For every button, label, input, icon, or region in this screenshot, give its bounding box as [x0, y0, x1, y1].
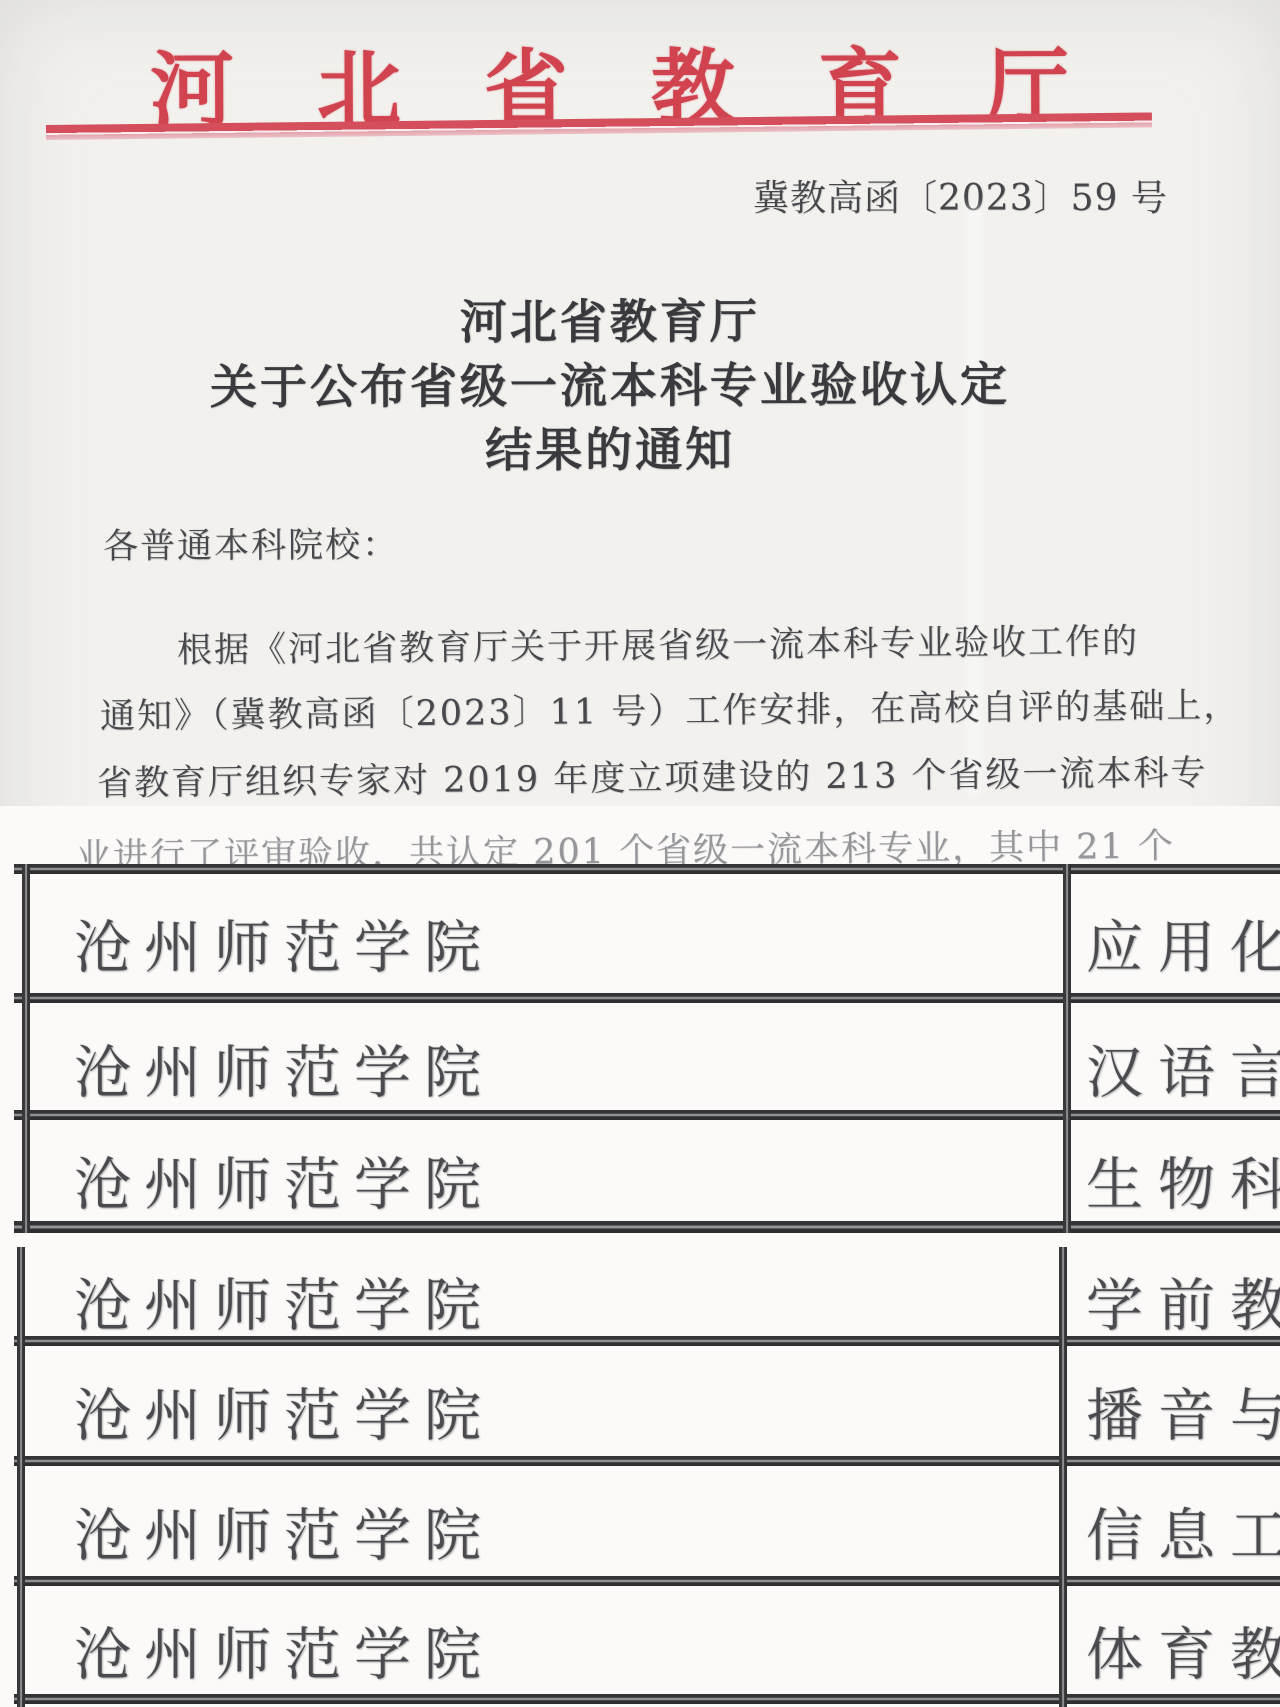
school-cell: 沧州师范学院 [74, 1260, 494, 1342]
row-divider-3-stitch [14, 1221, 1280, 1233]
row-divider-2 [14, 1110, 1280, 1120]
table-left-border-upper [22, 864, 30, 1233]
row-divider-6 [14, 1576, 1280, 1586]
notice-title-line-1: 河北省教育厅 [0, 289, 1220, 357]
notice-title: 河北省教育厅 关于公布省级一流本科专业验收认定 结果的通知 [0, 289, 1220, 485]
school-cell: 沧州师范学院 [74, 1139, 494, 1221]
paragraph-line-1: 根据《河北省教育厅关于开展省级一流本科专业验收工作的 [177, 614, 1139, 673]
major-cell: 应用化 [1086, 902, 1280, 984]
column-divider-lower [1059, 1247, 1067, 1707]
school-cell: 沧州师范学院 [74, 1490, 494, 1572]
school-cell: 沧州师范学院 [74, 1609, 494, 1691]
paragraph-line-2: 通知》（冀教高函〔2023〕11 号）工作安排，在高校自评的基础上， [100, 678, 1241, 739]
column-divider-upper [1063, 864, 1071, 1233]
notice-title-line-3: 结果的通知 [0, 417, 1220, 485]
table-bottom-border [14, 1694, 1280, 1704]
major-cell: 生物科 [1086, 1139, 1280, 1221]
scanned-document: 河北省教育厅 冀教高函〔2023〕59 号 河北省教育厅 关于公布省级一流本科专… [0, 0, 1280, 1707]
major-cell: 学前教 [1086, 1260, 1280, 1342]
notice-title-line-2: 关于公布省级一流本科专业验收认定 [0, 353, 1220, 421]
table-top-border [14, 864, 1280, 874]
school-cell: 沧州师范学院 [74, 902, 494, 984]
paragraph-line-3: 省教育厅组织专家对 2019 年度立项建设的 213 个省级一流本科专 [97, 745, 1208, 806]
school-cell: 沧州师范学院 [74, 1027, 494, 1109]
school-cell: 沧州师范学院 [74, 1370, 494, 1452]
salutation: 各普通本科院校： [103, 517, 399, 569]
major-cell: 体育教 [1086, 1609, 1280, 1691]
major-cell: 汉语言 [1086, 1027, 1280, 1109]
row-divider-5 [14, 1456, 1280, 1466]
document-number: 冀教高函〔2023〕59 号 [753, 170, 1168, 221]
major-cell: 播音与 [1086, 1370, 1280, 1452]
table-left-border-lower [17, 1247, 25, 1707]
row-divider-1 [14, 993, 1280, 1003]
major-cell: 信息工 [1086, 1490, 1280, 1572]
